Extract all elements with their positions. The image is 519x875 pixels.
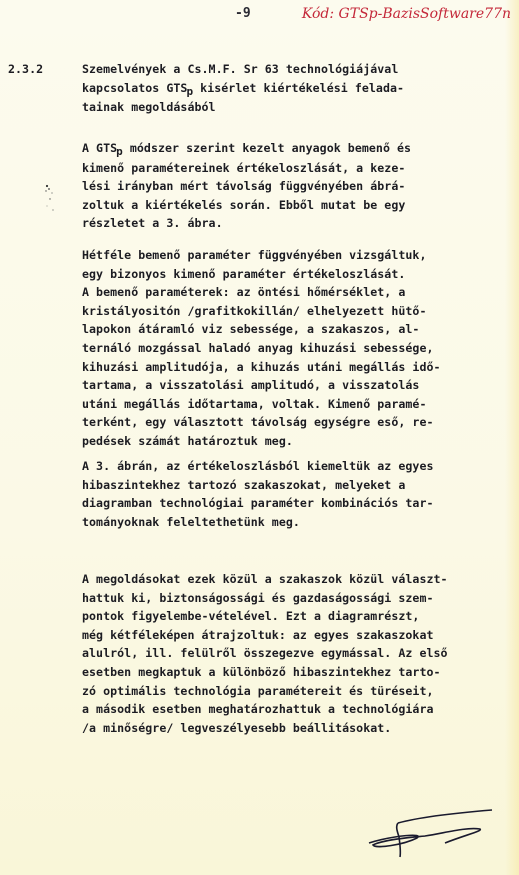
- title-line: kapcsolatos GTS: [82, 81, 187, 95]
- text-line: kihuzási amplitudója, a kihuzás utáni me…: [82, 360, 441, 374]
- text-line: esetben megkaptuk a különböző hibaszinte…: [82, 665, 441, 679]
- subscript: p: [116, 145, 123, 158]
- text-line: A GTS: [82, 141, 117, 155]
- text-line: pontok figyelembe-vételével. Ezt a diagr…: [82, 609, 419, 623]
- signature-icon: [365, 805, 515, 875]
- title-line: Szemelvények a Cs.M.F. Sr 63 technológiá…: [82, 62, 398, 76]
- section-number: 2.3.2: [8, 60, 43, 79]
- text-line: részletet a 3. ábra.: [82, 216, 223, 230]
- text-line: módszer szerint kezelt anyagok bemenő és: [123, 141, 411, 155]
- text-line: hibaszintekhez tartozó szakaszokat, mely…: [82, 478, 405, 492]
- text-line: utáni megállás időtartama, voltak. Kimen…: [82, 397, 426, 411]
- paragraph-3: A 3. ábrán, az értékeloszlásból kiemeltü…: [82, 457, 434, 531]
- paragraph-1: A GTSp módszer szerint kezelt anyagok be…: [82, 139, 411, 233]
- text-line: alulról, ill. felülről összegezve egymás…: [82, 646, 448, 660]
- page-number: -9: [235, 6, 251, 21]
- paragraph-4: A megoldásokat ezek közül a szakaszok kö…: [82, 570, 448, 737]
- text-line: lési irányban mért távolság függvényében…: [82, 179, 405, 193]
- text-line: tartama, a visszatolási amplitudó, a vis…: [82, 378, 419, 392]
- title-line: kisérlet kiértékelési felada-: [193, 81, 404, 95]
- page-edge-shadow: [505, 0, 519, 875]
- title-line: tainak megoldásából: [82, 100, 216, 114]
- text-line: zó optimális technológia paramétereit és…: [82, 684, 434, 698]
- code-label: Kód: GTSp-BazisSoftware77n: [302, 6, 511, 22]
- text-line: terként, egy választott távolság egységr…: [82, 415, 434, 429]
- text-line: ternáló mozgással haladó anyag kihuzási …: [82, 341, 434, 355]
- text-line: /a minőségre/ legveszélyesebb beállitáso…: [82, 721, 391, 735]
- text-line: kimenő paramétereinek értékeloszlását, a…: [82, 161, 405, 175]
- text-line: Hétféle bemenő paraméter függvényében vi…: [82, 248, 426, 262]
- text-line: tományoknak feleltethetünk meg.: [82, 515, 300, 529]
- document-page: -9 Kód: GTSp-BazisSoftware77n 2.3.2 Szem…: [0, 0, 519, 875]
- text-line: még kétféleképen átrajzoltuk: az egyes s…: [82, 628, 434, 642]
- text-line: kristályositón /grafitkokillán/ elhelyez…: [82, 304, 426, 318]
- paragraph-2: Hétféle bemenő paraméter függvényében vi…: [82, 246, 441, 451]
- subscript: p: [186, 85, 193, 98]
- ink-specks: [40, 180, 60, 220]
- section-title: Szemelvények a Cs.M.F. Sr 63 technológiá…: [82, 60, 404, 117]
- text-line: zoltuk a kiértékelés során. Ebből mutat …: [82, 198, 405, 212]
- text-line: A megoldásokat ezek közül a szakaszok kö…: [82, 572, 448, 586]
- text-line: a második esetben meghatározhattuk a tec…: [82, 702, 434, 716]
- text-line: hattuk ki, biztonságossági és gazdaságos…: [82, 591, 434, 605]
- text-line: A 3. ábrán, az értékeloszlásból kiemeltü…: [82, 459, 434, 473]
- text-line: egy bizonyos kimenő paraméter értékelosz…: [82, 267, 405, 281]
- text-line: pedések számát határoztuk meg.: [82, 434, 293, 448]
- text-line: lapokon átáramló viz sebessége, a szakas…: [82, 322, 419, 336]
- text-line: diagramban technológiai paraméter kombin…: [82, 496, 434, 510]
- text-line: A bemenő paraméterek: az öntési hőmérsék…: [82, 285, 405, 299]
